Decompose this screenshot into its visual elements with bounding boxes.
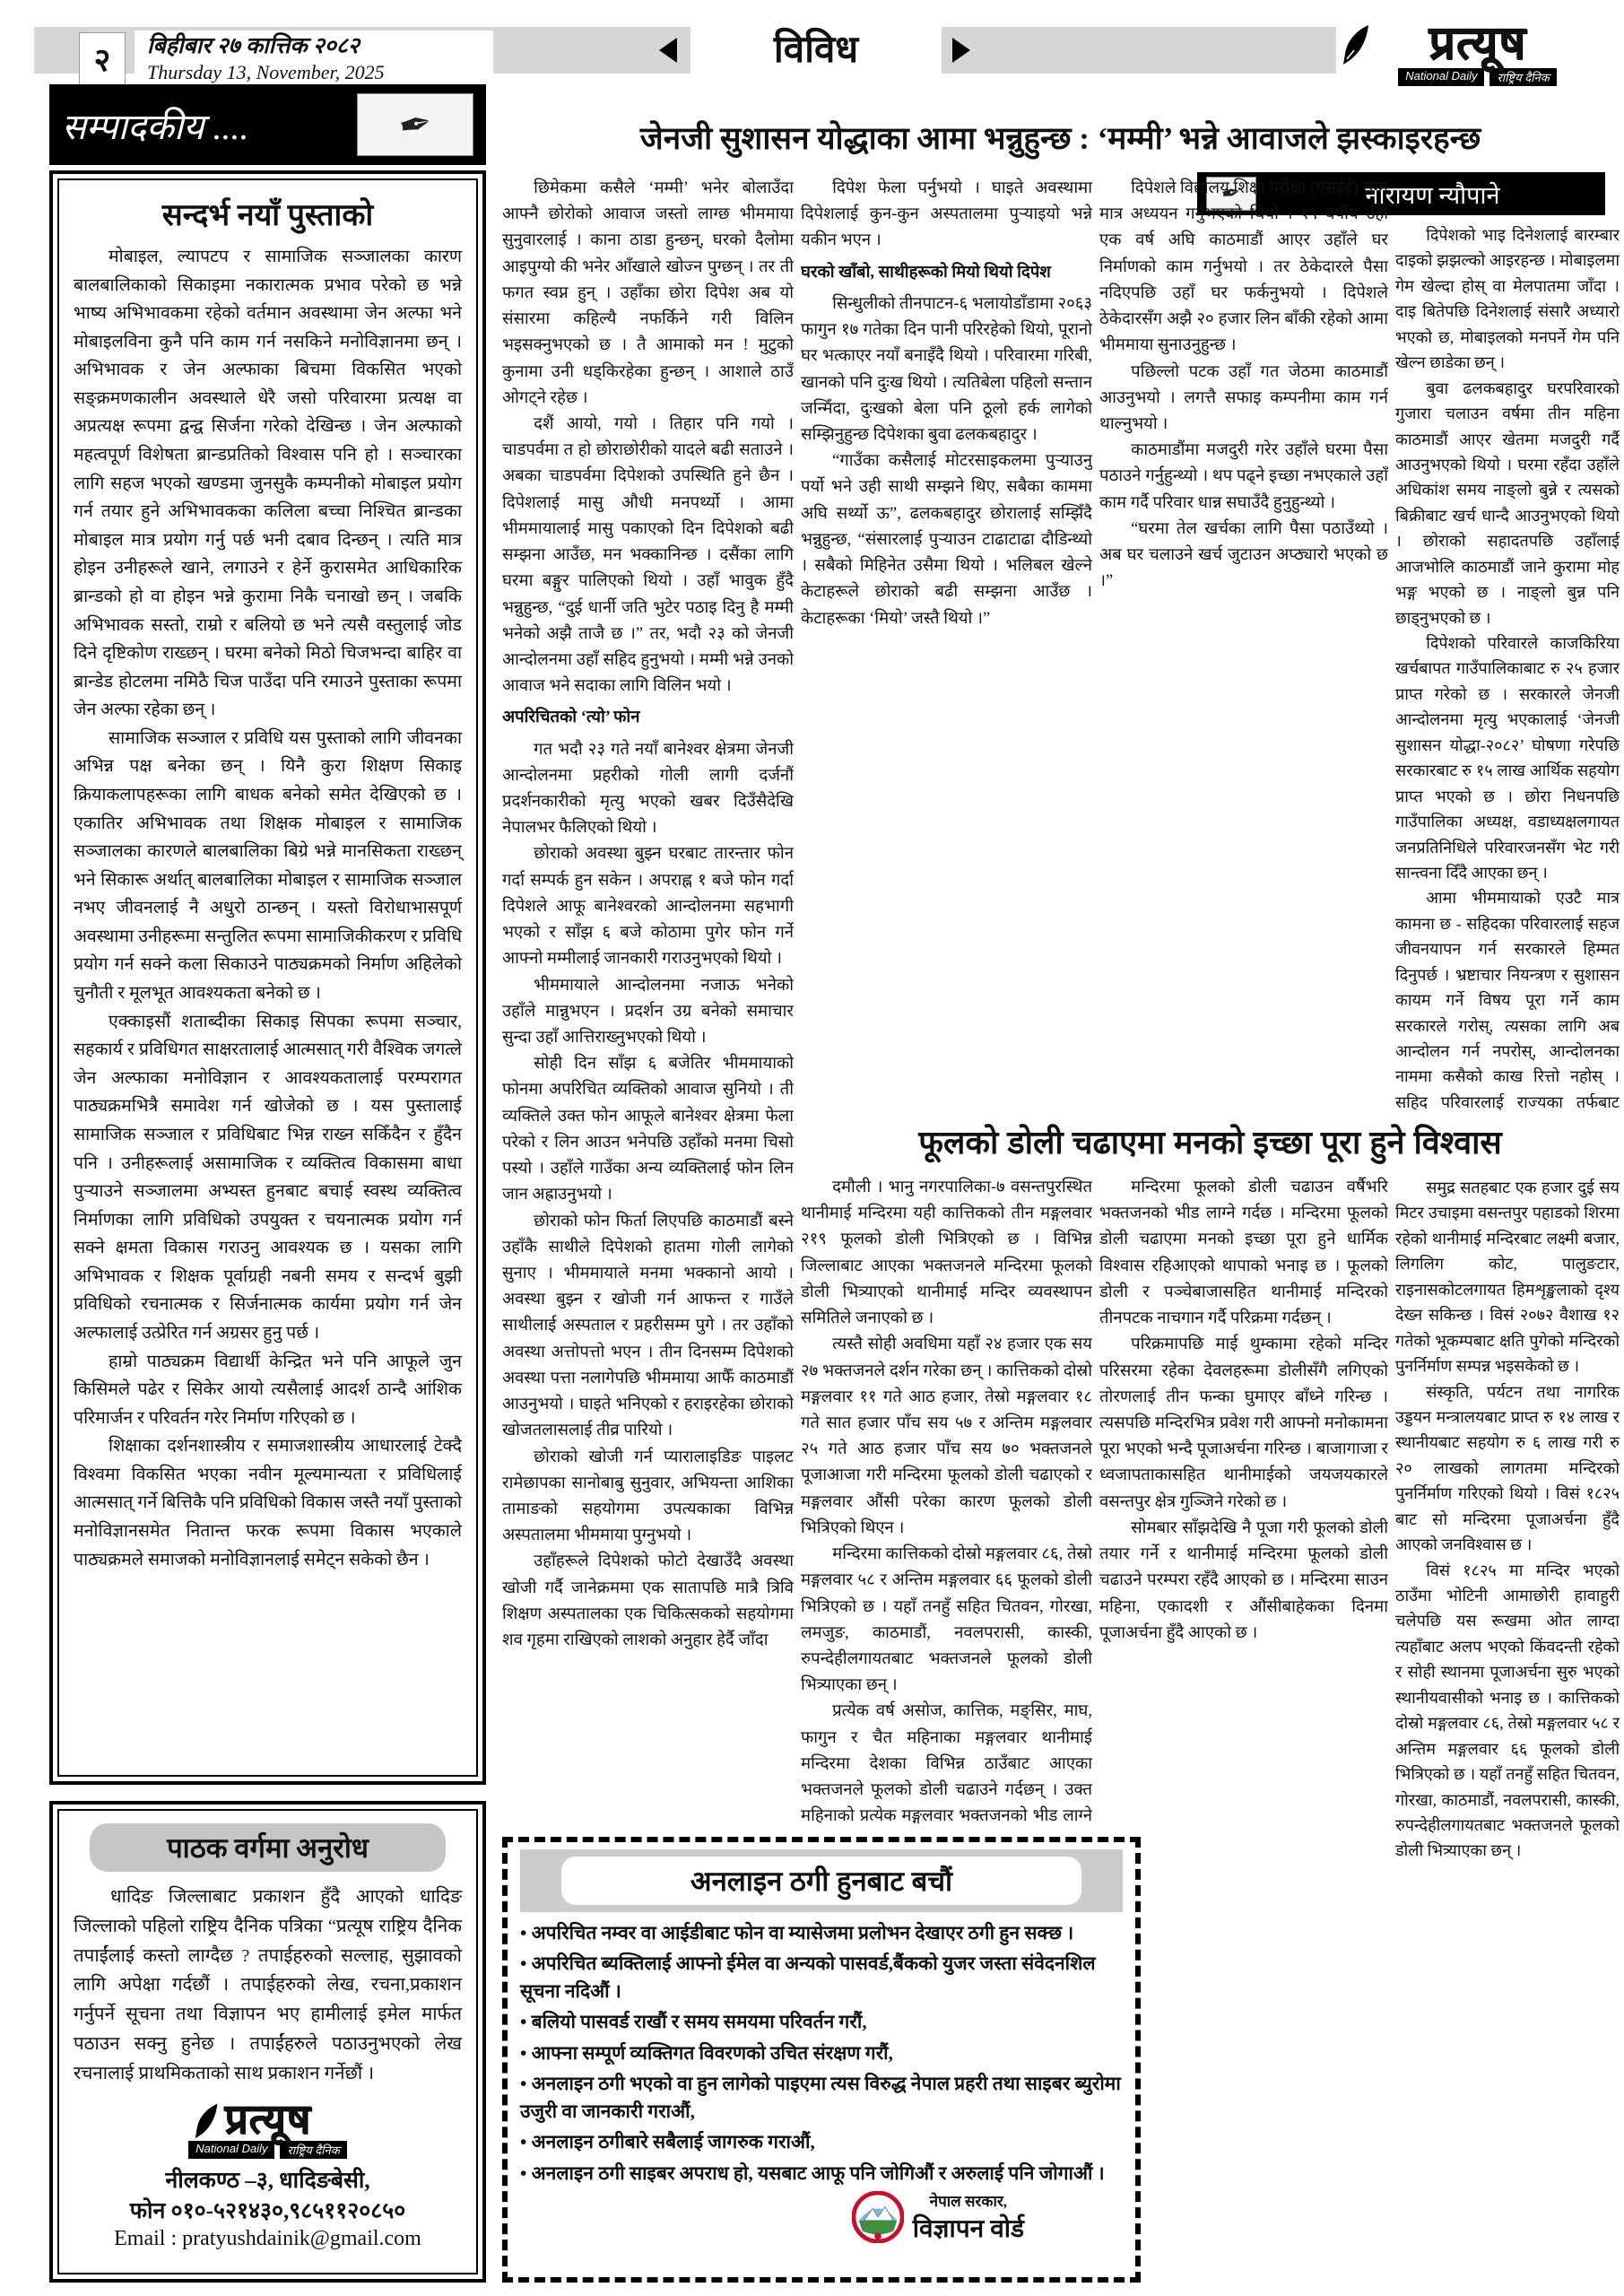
- paragraph: छिमेकमा कसैले ‘मम्मी’ भनेर बोलाउँदा आफ्न…: [502, 176, 794, 412]
- page-number: २: [79, 32, 126, 88]
- paragraph: भीममायाले आन्दोलनमा नजाऊ भनेको उहाँले मा…: [502, 973, 794, 1052]
- paragraph: मन्दिरमा फूलको डोली चढाउन वर्षैभरि भक्तज…: [1099, 1175, 1388, 1332]
- editorial-body: सन्दर्भ नयाँ पुस्ताको मोबाइल, ल्यापटप र …: [57, 178, 478, 1777]
- section-title: विविध: [690, 22, 942, 77]
- editorial-paragraph: मोबाइल, ल्यापटप र सामाजिक सञ्जालका कारण …: [74, 243, 462, 725]
- paragraph: सिन्धुलीको तीनपाटन-६ भलायोडाँडामा २०६३ फ…: [801, 291, 1092, 448]
- fountain-pen-icon: ✒: [395, 99, 437, 151]
- reader-request-heading: पाठक वर्गमा अनुरोध: [90, 1823, 446, 1872]
- publisher-email: Email : pratyushdainik@gmail.com: [74, 2227, 462, 2251]
- phool-article-headline: फूलको डोली चढाएमा मनको इच्छा पूरा हुने व…: [801, 1119, 1620, 1170]
- editorial-paragraph: सामाजिक सञ्जाल र प्रविधि यस पुस्ताको लाग…: [74, 725, 462, 1008]
- phool-column-3: समुद्र सतहबाट एक हजार दुई सय मिटर उचाइमा…: [1395, 1175, 1620, 2276]
- tagline-nepali: राष्ट्रिय दैनिक: [1489, 68, 1556, 86]
- paragraph: आमा भीममायाको एउटै मात्र कामना छ - सहिदक…: [1395, 885, 1620, 1116]
- tagline-nepali: राष्ट्रिय दैनिक: [280, 2141, 346, 2159]
- reader-request-box: पाठक वर्गमा अनुरोध धादिङ जिल्लाबाट प्रका…: [49, 1801, 486, 2283]
- publisher-address: नीलकण्ठ –३, धादिङबेसी,: [74, 2164, 462, 2195]
- ad-board-label: विज्ञापन वोर्ड: [913, 2211, 1024, 2245]
- reader-logo-title: प्रत्यूष: [188, 2098, 346, 2139]
- paragraph: दिपेशले विद्यालय शिक्षा परीक्षा (एसईई) स…: [1099, 176, 1388, 360]
- phool-column-1: दमौली । भानु नगरपालिका-७ वसन्तपुरस्थित थ…: [801, 1175, 1092, 1828]
- reader-logo: प्रत्यूष National Daily राष्ट्रिय दैनिक: [188, 2098, 346, 2159]
- paragraph: दिपेशको परिवारले काजकिरिया खर्चबापत गाउँ…: [1395, 631, 1620, 885]
- online-fraud-psa-box: अनलाइन ठगी हुनबाट बचौं अपरिचित नम्वर वा …: [502, 1837, 1141, 2283]
- section-patch: विविध: [690, 22, 942, 81]
- masthead-logo: प्रत्यूष National Daily राष्ट्रिय दैनिक: [1336, 20, 1619, 97]
- editorial-heading: सन्दर्भ नयाँ पुस्ताको: [74, 193, 462, 234]
- psa-bullet: आफ्ना सम्पूर्ण व्यक्तिगत विवरणको उचित सं…: [520, 2039, 1123, 2066]
- paragraph: सोमबार साँझदेखि नै पूजा गरी फूलको डोली त…: [1099, 1516, 1388, 1647]
- psa-heading: अनलाइन ठगी हुनबाट बचौं: [561, 1857, 1081, 1905]
- paragraph: विसं १८२५ मा मन्दिर भएको ठाउँमा भोटिनी आ…: [1395, 1558, 1620, 1864]
- psa-bullet: अपरिचित नम्वर वा आईडीबाट फोन वा म्यासेजम…: [520, 1919, 1123, 1946]
- psa-bullet: अपरिचित ब्यक्तिलाई आफ्नो ईमेल वा अन्यको …: [520, 1950, 1123, 2005]
- paragraph: परिक्रमापछि माई थुम्कामा रहेको मन्दिर पर…: [1099, 1332, 1388, 1516]
- reader-request-body: पाठक वर्गमा अनुरोध धादिङ जिल्लाबाट प्रका…: [57, 1809, 478, 2274]
- section-left-arrow-icon: [659, 38, 677, 63]
- paragraph: काठमाडौंमा मजदुरी गरेर उहाँले घरमा पैसा …: [1099, 438, 1388, 517]
- subheading: घरको खाँबो, साथीहरूको मियो थियो दिपेश: [801, 260, 1092, 286]
- editorial-label-bar: सम्पादकीय .... ✒: [49, 84, 486, 165]
- psa-bullet: अनलाइन ठगीबारे सबैलाई जागरुक गराऔं,: [520, 2128, 1123, 2155]
- phool-column-2: मन्दिरमा फूलको डोली चढाउन वर्षैभरि भक्तज…: [1099, 1175, 1388, 2276]
- government-label: नेपाल सरकार,: [913, 2190, 1024, 2211]
- paragraph: प्रत्येक वर्ष असोज, कात्तिक, मङ्सिर, माघ…: [801, 1699, 1092, 1828]
- article-column-2: दिपेश फेला पर्नुभयो । घाइते अवस्थामा दिप…: [801, 176, 1092, 1116]
- editorial-paragraph: शिक्षाका दर्शनशास्त्रीय र समाजशास्त्रीय …: [74, 1432, 462, 1574]
- paragraph: दिपेश फेला पर्नुभयो । घाइते अवस्थामा दिप…: [801, 176, 1092, 255]
- paragraph: बुवा ढलकबहादुर घरपरिवारको गुजारा चलाउन व…: [1395, 376, 1620, 631]
- paragraph: पछिल्लो पटक उहाँ गत जेठमा काठमाडौं आउनुभ…: [1099, 360, 1388, 439]
- psa-bullet: अनलाइन ठगी भएको वा हुन लागेको पाइएमा त्य…: [520, 2070, 1123, 2125]
- masthead-name: प्रत्यूष: [1429, 17, 1526, 69]
- paragraph: छोराको फोन फिर्ता लिएपछि काठमाडौं बस्ने …: [502, 1209, 794, 1445]
- masthead-taglines: National Daily राष्ट्रिय दैनिक: [1336, 68, 1619, 86]
- paragraph: छोराको अवस्था बुझ्न घरबाट तारन्तार फोन ग…: [502, 841, 794, 972]
- article-column-3: दिपेशले विद्यालय शिक्षा परीक्षा (एसईई) स…: [1099, 176, 1388, 1116]
- editorial-label: सम्पादकीय ....: [62, 100, 248, 150]
- paragraph: उहाँहरूले दिपेशको फोटो देखाउँदै अवस्था ख…: [502, 1549, 794, 1654]
- publisher-phone: फोन ०१०-५२१४३०,९८५११२०८५०: [74, 2195, 462, 2225]
- paragraph: मन्दिरमा कात्तिकको दोस्रो मङ्गलवार ८६, त…: [801, 1542, 1092, 1699]
- editorial-paragraph: हाम्रो पाठ्यक्रम विद्यार्थी केन्द्रित भन…: [74, 1348, 462, 1433]
- psa-bullet-list: अपरिचित नम्वर वा आईडीबाट फोन वा म्यासेजम…: [520, 1919, 1123, 2187]
- date-nepali: बिहीबार २७ कात्तिक २०८२: [147, 33, 481, 60]
- quill-icon: [194, 2101, 221, 2141]
- reader-logo-name: प्रत्यूष: [224, 2095, 311, 2142]
- article-column-4: दिपेशको भाइ दिनेशलाई बारम्बार दाइको झझल्…: [1395, 222, 1620, 1116]
- nepal-government-emblem-icon: [852, 2191, 904, 2243]
- paragraph: छोराको खोजी गर्न प्यारालाइडिङ पाइलट रामे…: [502, 1445, 794, 1550]
- section-right-arrow-icon: [952, 38, 970, 63]
- main-article-headline: जेनजी सुशासन योद्धाका आमा भन्नुहुन्छ : ‘…: [502, 117, 1619, 169]
- paragraph: दमौली । भानु नगरपालिका-७ वसन्तपुरस्थित थ…: [801, 1175, 1092, 1332]
- reader-request-text: धादिङ जिल्लाबाट प्रकाशन हुँदै आएको धादिङ…: [74, 1883, 462, 2089]
- pen-illustration: ✒: [357, 93, 473, 156]
- psa-bullet: अनलाइन ठगी साइबर अपराध हो, यसबाट आफू पनि…: [520, 2160, 1123, 2187]
- reader-logo-taglines: National Daily राष्ट्रिय दैनिक: [188, 2141, 346, 2159]
- psa-footer: नेपाल सरकार, विज्ञापन वोर्ड: [520, 2190, 1123, 2245]
- psa-bullet: बलियो पासवर्ड राखौं र समय समयमा परिवर्तन…: [520, 2008, 1123, 2035]
- editorial-box: सन्दर्भ नयाँ पुस्ताको मोबाइल, ल्यापटप र …: [49, 170, 486, 1785]
- paragraph: दशैं आयो, गयो । तिहार पनि गयो । चाडपर्वम…: [502, 412, 794, 700]
- newspaper-page: २ बिहीबार २७ कात्तिक २०८२ Thursday 13, N…: [0, 0, 1624, 2296]
- date-english: Thursday 13, November, 2025: [147, 60, 481, 85]
- date-box: बिहीबार २७ कात्तिक २०८२ Thursday 13, Nov…: [135, 30, 493, 90]
- article-column-1: छिमेकमा कसैले ‘मम्मी’ भनेर बोलाउँदा आफ्न…: [502, 176, 794, 1826]
- psa-footer-text: नेपाल सरकार, विज्ञापन वोर्ड: [913, 2190, 1024, 2245]
- masthead-title: प्रत्यूष: [1336, 20, 1619, 66]
- paragraph: “गाउँका कसैलाई मोटरसाइकलमा पुर्‍याउनु पर…: [801, 448, 1092, 632]
- quill-icon: [1342, 23, 1372, 66]
- editorial-paragraph: एक्काइसौं शताब्दीका सिकाइ सिपका रूपमा सञ…: [74, 1008, 462, 1348]
- tagline-english: National Daily: [1398, 68, 1484, 86]
- paragraph: सोही दिन साँझ ६ बजेतिर भीममायाको फोनमा अ…: [502, 1051, 794, 1208]
- psa-heading-strip: अनलाइन ठगी हुनबाट बचौं: [520, 1849, 1123, 1912]
- tagline-english: National Daily: [188, 2141, 274, 2159]
- subheading: अपरिचितको ‘त्यो’ फोन: [502, 705, 794, 731]
- paragraph: दिपेशको भाइ दिनेशलाई बारम्बार दाइको झझल्…: [1395, 222, 1620, 376]
- paragraph: “घरमा तेल खर्चका लागि पैसा पठाउँथ्यो । अ…: [1099, 517, 1388, 596]
- paragraph: संस्कृति, पर्यटन तथा नागरिक उड्डयन मन्त्…: [1395, 1379, 1620, 1558]
- paragraph: त्यस्तै सोही अवधिमा यहाँ २४ हजार एक सय २…: [801, 1332, 1092, 1542]
- paragraph: गत भदौ २३ गते नयाँ बानेश्वर क्षेत्रमा जे…: [502, 737, 794, 842]
- paragraph: समुद्र सतहबाट एक हजार दुई सय मिटर उचाइमा…: [1395, 1175, 1620, 1379]
